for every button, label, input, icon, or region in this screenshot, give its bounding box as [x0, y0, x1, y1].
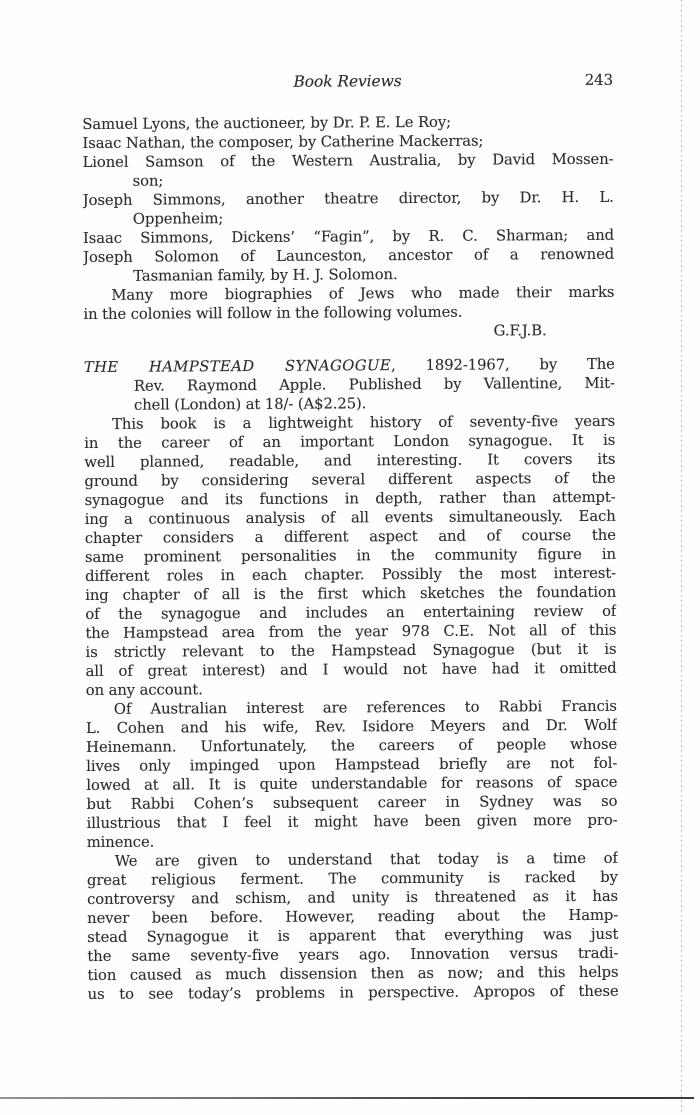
- text-segment: ground by considering several different …: [84, 470, 615, 490]
- text-line: Joseph Simmons, another theatre director…: [83, 188, 614, 210]
- text-segment: lowed at all. It is quite understandable…: [86, 774, 617, 794]
- text-segment: Oppenheim;: [133, 210, 224, 228]
- text-segment: Lionel Samson of the Western Australia, …: [82, 151, 613, 171]
- scan-edge-bottom-line: [0, 1097, 694, 1099]
- text-segment: great religious ferment. The community i…: [87, 869, 618, 889]
- text-segment: G.F.J.B.: [494, 322, 547, 339]
- text-segment: illustrious that I feel it might have be…: [87, 812, 618, 832]
- text-segment: synagogue and its functions in depth, ra…: [85, 489, 616, 509]
- text-segment: , 1892-1967, by The: [391, 356, 615, 374]
- text-line: all of great interest) and I would not h…: [86, 659, 617, 681]
- text-segment: Rev. Raymond Apple. Published by Vallent…: [134, 375, 615, 395]
- text-segment: the same seventy-five years ago. Innovat…: [87, 945, 618, 965]
- text-line: Joseph Solomon of Launceston, ancestor o…: [83, 245, 614, 267]
- text-segment: Joseph Solomon of Launceston, ancestor o…: [83, 246, 614, 266]
- text-segment: minence.: [87, 834, 155, 851]
- text-segment: in the colonies will follow in the follo…: [83, 304, 462, 323]
- text-segment: Isaac Nathan, the composer, by Catherine…: [82, 133, 483, 152]
- text-line: Rev. Raymond Apple. Published by Vallent…: [84, 374, 615, 396]
- text-segment: Tasmanian family, by H. J. Solomon.: [133, 266, 397, 285]
- text-segment: different roles in each chapter. Possibl…: [85, 565, 616, 585]
- text-segment: stead Synagogue it is apparent that ever…: [87, 926, 618, 946]
- text-segment: ing a continuous analysis of all events …: [85, 508, 616, 528]
- text-segment: Heinemann. Unfortunately, the careers of…: [86, 736, 617, 756]
- text-segment: lives only impinged upon Hampstead brief…: [86, 755, 617, 775]
- text-segment: us to see today’s problems in perspectiv…: [88, 983, 619, 1003]
- text-segment: ing chapter of all is the first which sk…: [85, 584, 616, 604]
- text-segment: chell (London) at 18/- (A$2.25).: [134, 395, 366, 413]
- book-title-italic: THE HAMPSTEAD SYNAGOGUE: [84, 357, 391, 376]
- text-segment: Many more biographies of Jews who made t…: [111, 284, 614, 304]
- text-segment: well planned, readable, and interesting.…: [84, 451, 615, 471]
- text-segment: We are given to understand that today is…: [115, 850, 618, 870]
- text-segment: This book is a lightweight history of se…: [112, 413, 615, 433]
- section-hampstead-synagogue-review: THE HAMPSTEAD SYNAGOGUE, 1892-1967, by T…: [84, 355, 619, 1004]
- text-line: us to see today’s problems in perspectiv…: [88, 982, 619, 1004]
- running-head-title: Book Reviews: [82, 71, 613, 93]
- text-line: illustrious that I feel it might have be…: [87, 811, 618, 833]
- text-segment: Of Australian interest are references to…: [114, 698, 617, 718]
- text-line: Lionel Samson of the Western Australia, …: [82, 150, 613, 172]
- text-segment: controversy and schism, and unity is thr…: [87, 888, 618, 908]
- text-segment: but Rabbi Cohen’s subsequent career in S…: [86, 793, 617, 813]
- scan-edge-vertical-dotted-line: [681, 0, 682, 1115]
- text-segment: Samuel Lyons, the auctioneer, by Dr. P. …: [82, 114, 451, 133]
- text-segment: L. Cohen and his wife, Rev. Isidore Meye…: [86, 717, 617, 737]
- text-segment: tion caused as much dissension then as n…: [87, 964, 618, 984]
- text-segment: Isaac Simmons, Dickens’ “Fagin”, by R. C…: [83, 227, 614, 247]
- page-content: Book Reviews 243 Samuel Lyons, the aucti…: [82, 71, 619, 1004]
- text-segment: of the synagogue and includes an enterta…: [85, 603, 616, 623]
- text-segment: all of great interest) and I would not h…: [86, 660, 617, 680]
- scanned-document-page: Book Reviews 243 Samuel Lyons, the aucti…: [0, 0, 700, 1115]
- page-header: Book Reviews 243: [82, 71, 613, 93]
- text-segment: on any account.: [86, 681, 203, 699]
- text-segment: Joseph Simmons, another theatre director…: [83, 189, 614, 209]
- page-number: 243: [585, 71, 613, 90]
- text-segment: son;: [133, 173, 164, 190]
- text-segment: never been before. However, reading abou…: [87, 907, 618, 927]
- text-segment: chapter considers a different aspect and…: [85, 527, 616, 547]
- text-segment: is strictly relevant to the Hampstead Sy…: [85, 641, 616, 661]
- text-line: G.F.J.B.: [84, 321, 615, 343]
- text-segment: in the career of an important London syn…: [84, 432, 615, 452]
- section-biography-credits: Samuel Lyons, the auctioneer, by Dr. P. …: [82, 112, 614, 343]
- text-line: Many more biographies of Jews who made t…: [83, 283, 614, 305]
- text-segment: the Hampstead area from the year 978 C.E…: [85, 622, 616, 642]
- text-segment: same prominent personalities in the comm…: [85, 546, 616, 566]
